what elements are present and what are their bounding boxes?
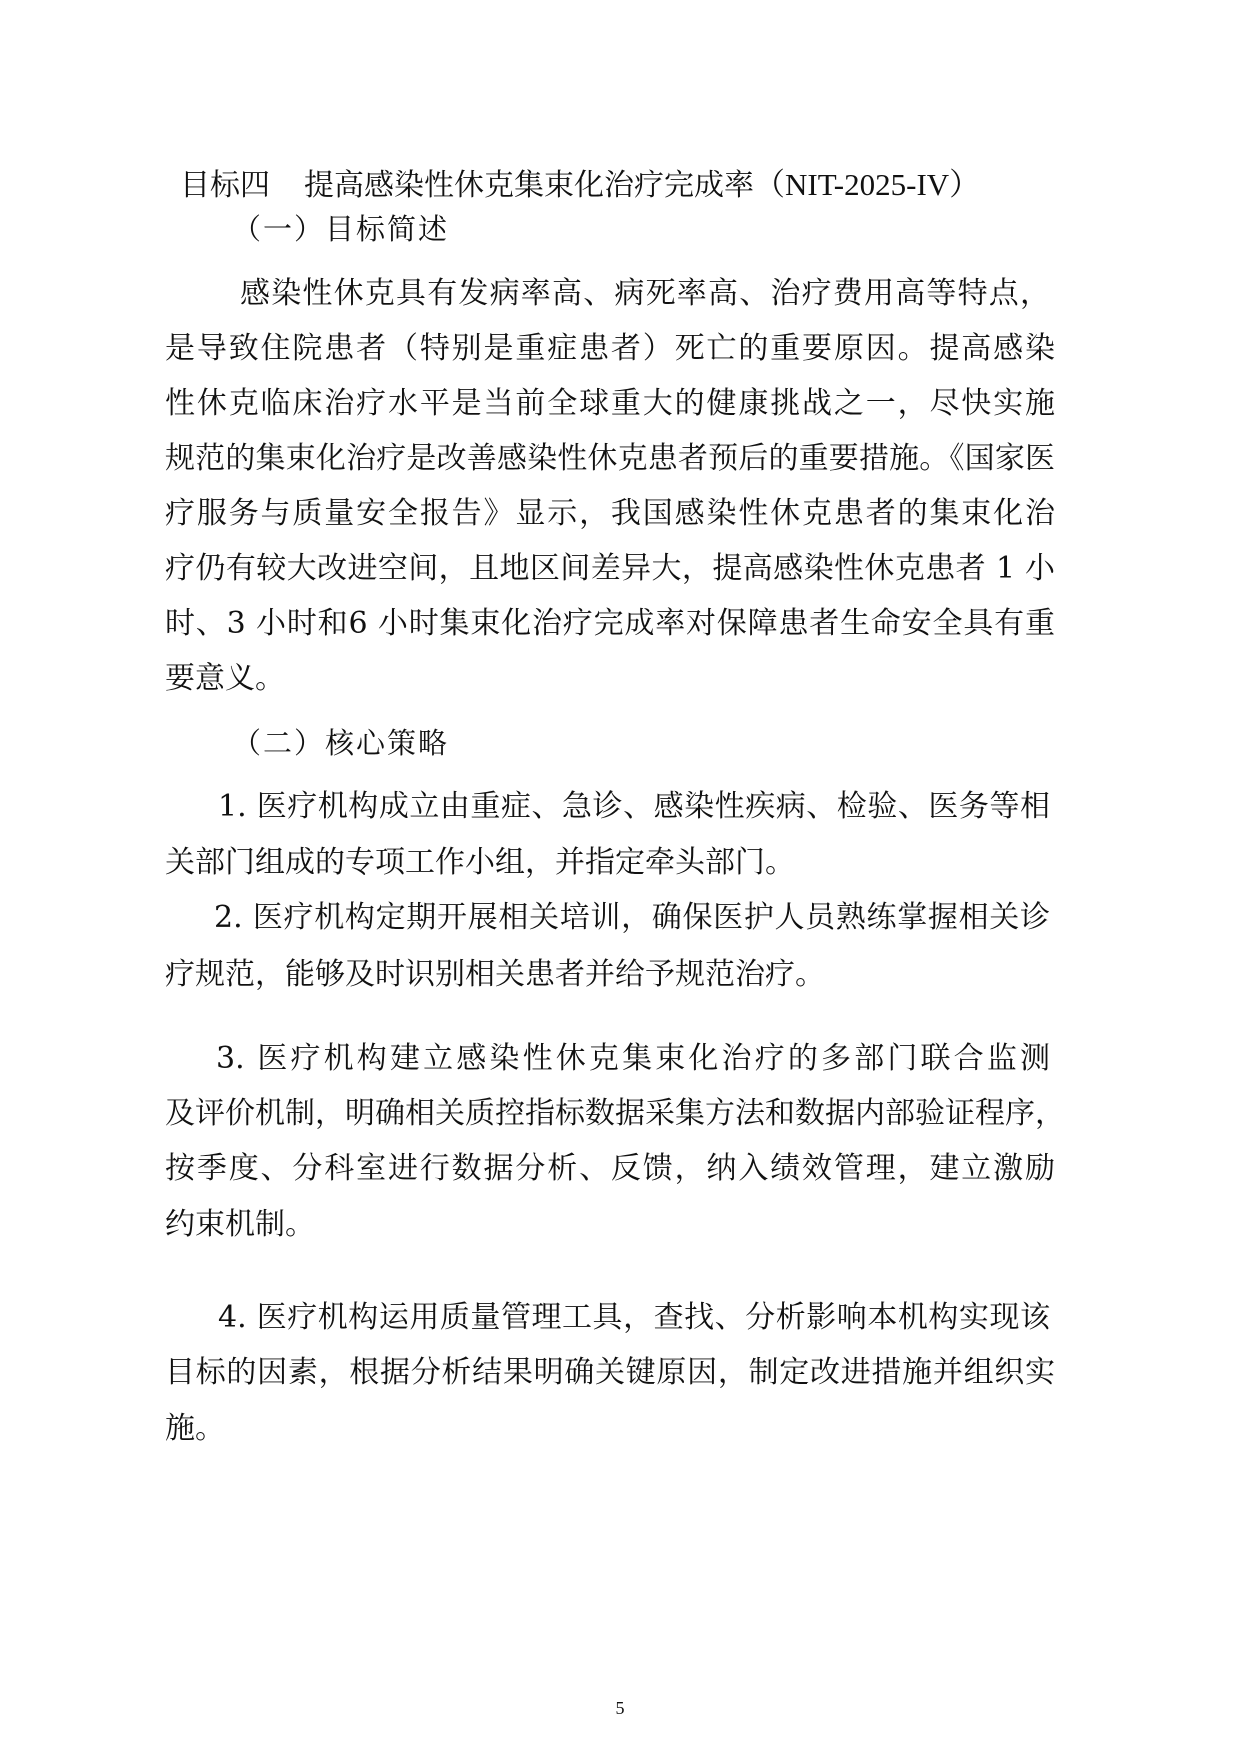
paragraph-line: 疗仍有较大改进空间，且地区间差异大，提高感染性休克患者 1 小 <box>165 549 1055 589</box>
document-page: 目标四提高感染性休克集束化治疗完成率（NIT-2025-IV） （一）目标简述 … <box>0 0 1240 1754</box>
page-title: 目标四提高感染性休克集束化治疗完成率（NIT-2025-IV） <box>180 165 980 206</box>
strategy-item-4-line: 施。 <box>165 1409 225 1449</box>
paragraph-line: 疗服务与质量安全报告》显示，我国感染性休克患者的集束化治 <box>165 494 1055 534</box>
paragraph-line: 时、3 小时和6 小时集束化治疗完成率对保障患者生命安全具有重 <box>165 604 1055 644</box>
strategy-item-2-line: 疗规范，能够及时识别相关患者并给予规范治疗。 <box>165 955 825 995</box>
strategy-item-4-line: 目标的因素，根据分析结果明确关键原因，制定改进措施并组织实 <box>165 1353 1055 1393</box>
paragraph-line: 要意义。 <box>165 659 285 699</box>
strategy-item-3-line: 约束机制。 <box>165 1205 315 1245</box>
strategy-item-1-line: 1. 医疗机构成立由重症、急诊、感染性疾病、检验、医务等相 <box>218 787 1050 827</box>
title-code: （NIT-2025-IV） <box>754 167 980 202</box>
paragraph-line: 感染性休克具有发病率高、病死率高、治疗费用高等特点， <box>240 274 1050 314</box>
title-prefix: 目标四 <box>180 168 270 203</box>
paragraph-line: 规范的集束化治疗是改善感染性休克患者预后的重要措施。《国家医 <box>165 439 1055 479</box>
strategy-item-4-line: 4. 医疗机构运用质量管理工具，查找、分析影响本机构实现该 <box>218 1298 1050 1338</box>
strategy-item-2-line: 2. 医疗机构定期开展相关培训，确保医护人员熟练掌握相关诊 <box>214 898 1050 938</box>
strategy-item-3-line: 及评价机制，明确相关质控指标数据采集方法和数据内部验证程序， <box>165 1094 1055 1134</box>
section-heading-strategies: （二）核心策略 <box>232 723 449 763</box>
title-main: 提高感染性休克集束化治疗完成率 <box>304 168 754 203</box>
page-number: 5 <box>0 1698 1240 1719</box>
strategy-item-1-line: 关部门组成的专项工作小组，并指定牵头部门。 <box>165 843 795 883</box>
paragraph-line: 是导致住院患者（特别是重症患者）死亡的重要原因。提高感染 <box>165 329 1055 369</box>
strategy-item-3-line: 3. 医疗机构建立感染性休克集束化治疗的多部门联合监测 <box>216 1039 1050 1079</box>
paragraph-line: 性休克临床治疗水平是当前全球重大的健康挑战之一，尽快实施 <box>165 384 1055 424</box>
strategy-item-3-line: 按季度、分科室进行数据分析、反馈，纳入绩效管理，建立激励 <box>165 1149 1055 1189</box>
section-heading-overview: （一）目标简述 <box>232 209 449 249</box>
